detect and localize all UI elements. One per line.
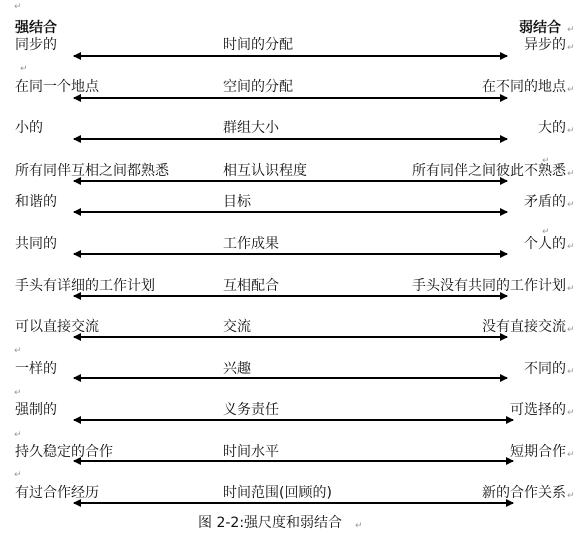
row-2-dimension: 空间的分配: [223, 80, 293, 94]
paragraph-mark: ↵: [567, 86, 575, 95]
paragraph-mark: ↵: [567, 368, 575, 377]
row-9-right-label: 不同的: [524, 362, 566, 376]
row-1-left-label: 同步的: [15, 38, 57, 52]
row-2-right-label: 在不同的地点: [482, 80, 566, 94]
row-3-right-label: 大的: [538, 121, 566, 135]
paragraph-mark: ↵: [567, 201, 575, 210]
row-3-left-label: 小的: [15, 121, 43, 135]
row-7-right-label: 手头没有共同的工作计划: [412, 279, 566, 293]
row-9-left-label: 一样的: [15, 362, 57, 376]
row-6-dimension: 工作成果: [223, 237, 279, 251]
row-12-dimension: 时间范围(回顾的): [223, 486, 332, 500]
paragraph-mark: ↵: [567, 170, 575, 179]
row-6-left-label: 共同的: [15, 237, 57, 251]
paragraph-mark: ↵: [567, 285, 575, 294]
row-5-dimension: 目标: [223, 195, 251, 209]
row-1-dimension: 时间的分配: [223, 38, 293, 52]
row-4-left-label: 所有同伴互相之间都熟悉: [15, 164, 169, 178]
row-1-right-label: 异步的: [524, 38, 566, 52]
paragraph-mark: ↵: [355, 522, 363, 531]
row-10-right-label: 可选择的: [510, 403, 566, 417]
row-11-left-label: 持久稳定的合作: [15, 445, 113, 459]
row-11-dimension: 时间水平: [223, 445, 279, 459]
row-12-right-label: 新的合作关系: [482, 486, 566, 500]
row-2-left-label: 在同一个地点: [15, 80, 99, 94]
paragraph-mark: ↵: [567, 451, 575, 460]
row-10-left-label: 强制的: [15, 403, 57, 417]
row-5-left-label: 和谐的: [15, 195, 57, 209]
row-12-left-label: 有过合作经历: [15, 486, 99, 500]
paragraph-mark: ↵: [567, 243, 575, 252]
row-6-right-label: 个人的: [524, 237, 566, 251]
paragraph-mark: ↵: [567, 44, 575, 53]
row-4-dimension: 相互认识程度: [223, 164, 307, 178]
paragraph-mark: ↵: [567, 492, 575, 501]
paragraph-mark: ↵: [567, 127, 575, 136]
row-8-dimension: 交流: [223, 320, 251, 334]
row-5-right-label: 矛盾的: [524, 195, 566, 209]
row-7-left-label: 手头有详细的工作计划: [15, 279, 155, 293]
row-11-right-label: 短期合作: [510, 445, 566, 459]
paragraph-mark: ↵: [567, 326, 575, 335]
row-10-dimension: 义务责任: [223, 403, 279, 417]
paragraph-mark: ↵: [567, 409, 575, 418]
row-8-right-label: 没有直接交流: [482, 320, 566, 334]
row-9-dimension: 兴趣: [223, 362, 251, 376]
row-8-left-label: 可以直接交流: [15, 320, 99, 334]
row-3-dimension: 群组大小: [223, 121, 279, 135]
row-4-right-label: 所有同伴之间彼此不熟悉: [412, 164, 566, 178]
figure-caption: 图 2-2:强尺度和弱结合: [198, 516, 342, 530]
row-7-dimension: 互相配合: [223, 279, 279, 293]
